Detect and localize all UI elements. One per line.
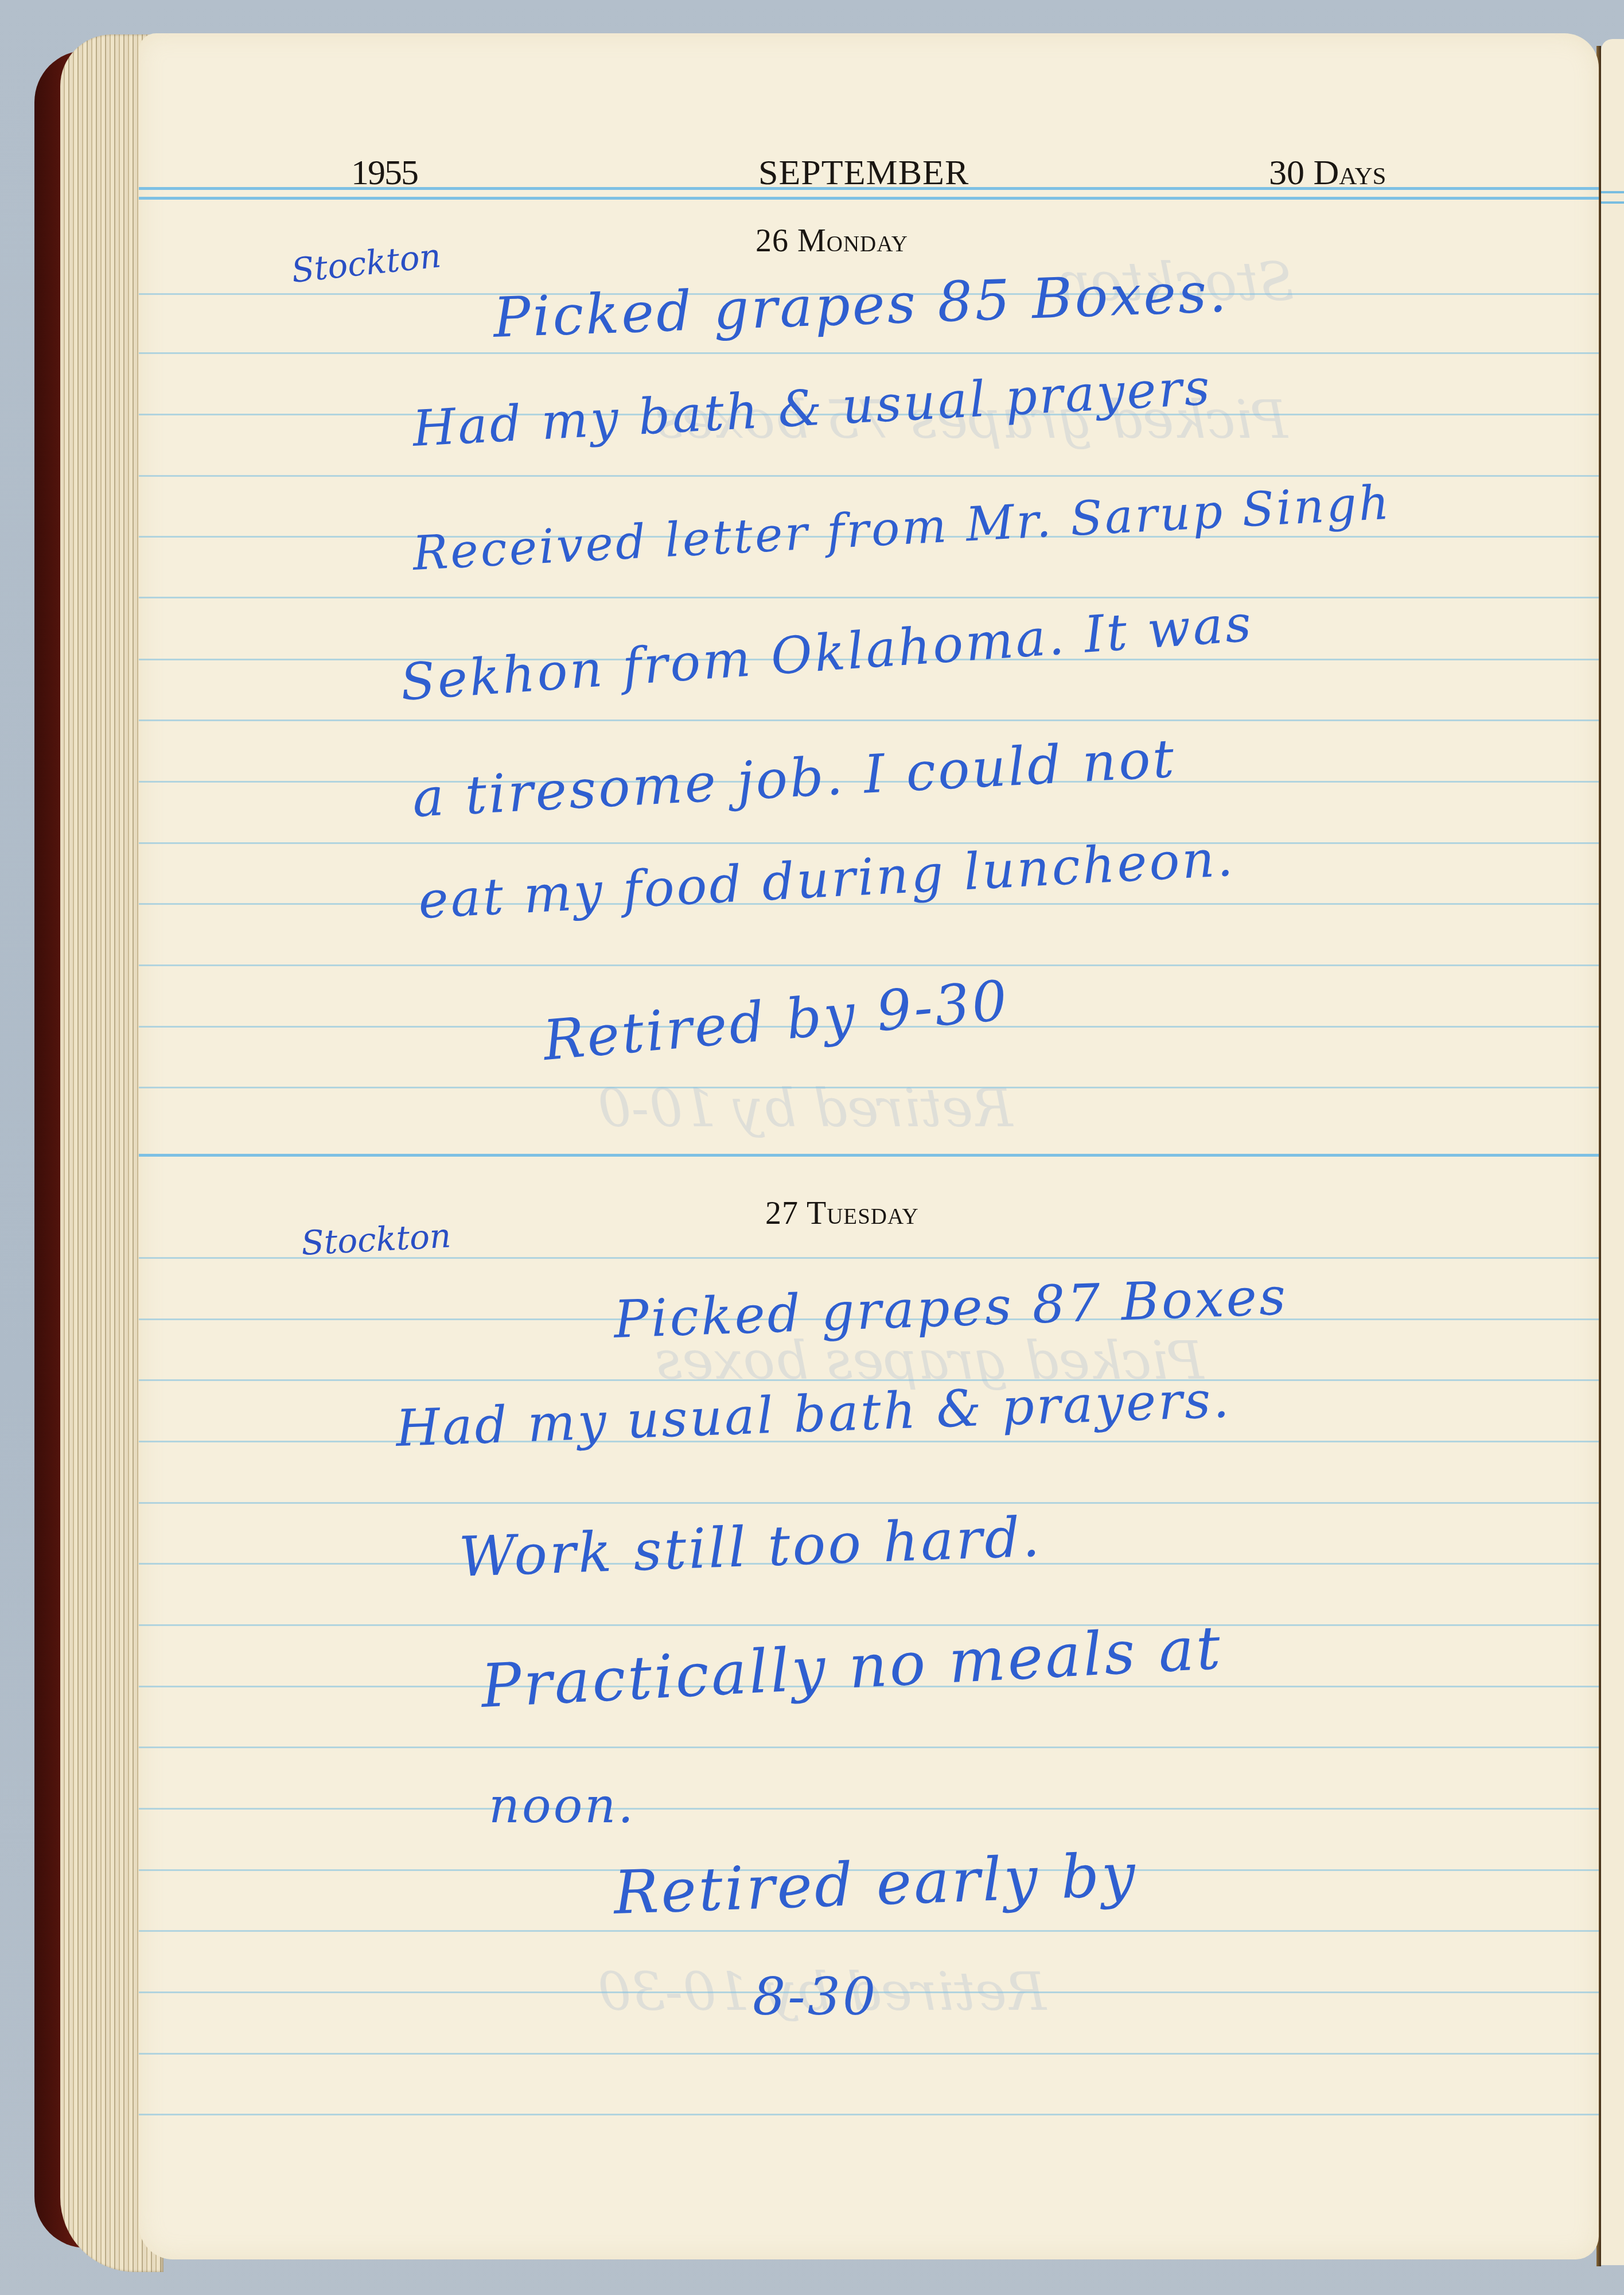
entry-line: a tiresome job. I could not xyxy=(411,728,1177,829)
entry-location: Stockton xyxy=(290,236,443,290)
ruled-line xyxy=(139,1379,1599,1381)
day-divider xyxy=(139,1154,1599,1157)
facing-page-edge xyxy=(1601,39,1624,2265)
entry-line: noon. xyxy=(489,1777,636,1834)
ruled-line xyxy=(139,719,1599,721)
ruled-line xyxy=(139,597,1599,598)
days-label: Days xyxy=(1314,153,1387,192)
days-count: 30 xyxy=(1269,153,1304,192)
header-double-rule-bottom xyxy=(139,197,1599,200)
ruled-line xyxy=(139,1087,1599,1088)
entry-line: Retired by 9-30 xyxy=(540,968,1012,1073)
ruled-line xyxy=(139,2114,1599,2115)
ruled-line xyxy=(139,1930,1599,1932)
ruled-line xyxy=(139,1624,1599,1626)
entry-line: Practically no meals at xyxy=(480,1612,1225,1721)
entry-line: Work still too hard. xyxy=(458,1505,1043,1589)
ruled-line xyxy=(139,2053,1599,2055)
entry-line: Received letter from Mr. Sarup Singh xyxy=(411,476,1393,581)
ruled-line xyxy=(139,964,1599,966)
ruled-line xyxy=(139,1808,1599,1810)
ruled-line xyxy=(139,1502,1599,1504)
day-heading: 27 Tuesday xyxy=(765,1195,919,1232)
ruled-line xyxy=(139,1746,1599,1748)
entry-line: 8-30 xyxy=(753,1967,878,2027)
entry-location: Stockton xyxy=(300,1216,451,1263)
diary-page: Stockton Picked grapes 75 boxes Retired … xyxy=(139,33,1599,2259)
ruled-line xyxy=(139,842,1599,844)
entry-line: Sekhon from Oklahoma. It was xyxy=(399,593,1255,712)
day-heading: 26 Monday xyxy=(755,223,908,259)
entry-line: Retired early by xyxy=(613,1839,1139,1928)
header-double-rule-top xyxy=(139,187,1599,190)
ruled-line xyxy=(139,352,1599,354)
entry-line: Picked grapes 85 Boxes. xyxy=(492,260,1230,350)
